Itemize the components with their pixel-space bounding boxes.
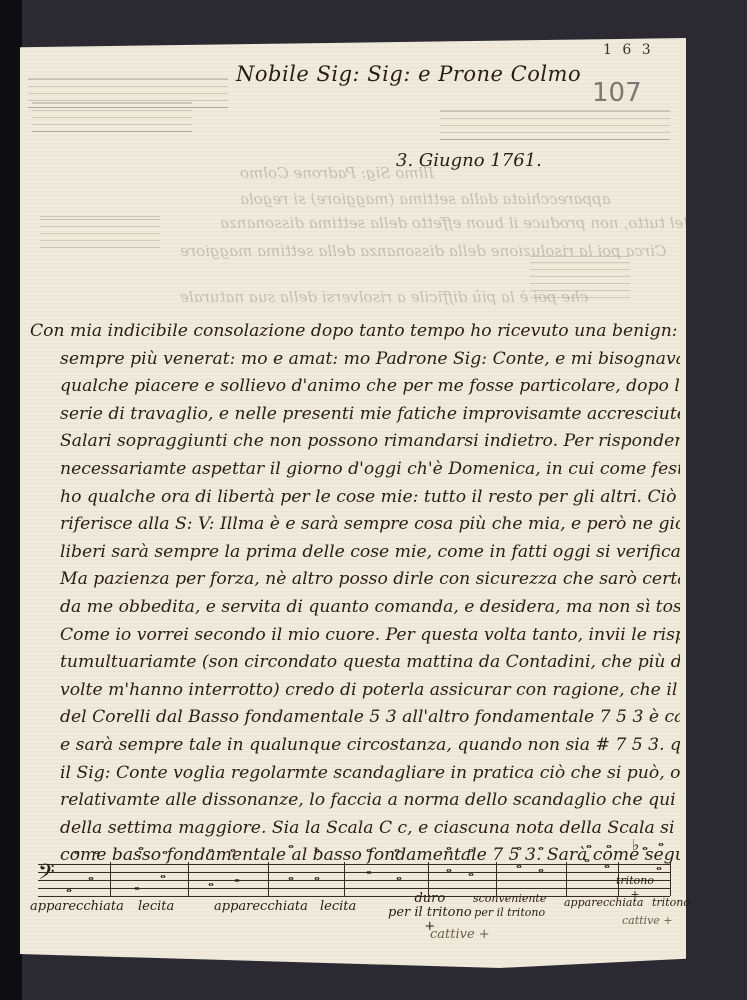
whole-note: 𝅝 <box>604 854 610 872</box>
barline <box>188 862 189 896</box>
body-line: riferisce alla S: V: Illma è e sarà semp… <box>30 511 680 539</box>
scan-border-left <box>0 0 22 1000</box>
barline <box>670 862 671 896</box>
ghost-staff-top-right <box>440 110 670 140</box>
whole-note: 𝅝 <box>208 838 214 856</box>
whole-note: 𝅝 <box>94 840 100 858</box>
whole-note: 𝅝 <box>396 866 402 884</box>
whole-note: 𝅝 <box>314 838 320 856</box>
ghost-text-5: che poi è la più difficile a risolversi … <box>180 288 588 306</box>
staff-line <box>38 872 670 873</box>
body-line: volte m'hanno interrotto) credo di poter… <box>30 677 680 705</box>
whole-note: 𝅝 <box>658 832 664 850</box>
whole-note: 𝅝 <box>656 856 662 874</box>
label-lecita: lecita <box>138 900 174 914</box>
whole-note: 𝅝 <box>366 860 372 878</box>
whole-note: 𝅝 <box>208 872 214 890</box>
label-cattive: cattive + <box>622 914 673 928</box>
whole-note: 𝅝 <box>314 866 320 884</box>
barline <box>344 862 345 896</box>
label-cattive: cattive + <box>430 928 490 942</box>
whole-note: 𝅝 <box>134 876 140 894</box>
label-apparecchiata: apparecchiata <box>30 900 124 914</box>
whole-note: 𝅝 <box>468 862 474 880</box>
body-line: ho qualche ora di libertà per le cose mi… <box>30 484 680 512</box>
body-line: Ma pazienza per forza, nè altro posso di… <box>30 566 680 594</box>
folio-number: 1 6 3 <box>603 42 654 58</box>
whole-note: 𝅝 <box>538 836 544 854</box>
body-line: sempre più venerat: mo e amat: mo Padron… <box>30 346 680 374</box>
whole-note: 𝅝 <box>288 866 294 884</box>
body-line: della settima maggiore. Sia la Scala C c… <box>30 815 680 843</box>
whole-note: 𝅝 <box>516 854 522 872</box>
ghost-text-2: apparecchiata dalla settima (maggiore) s… <box>240 190 611 208</box>
staff-line <box>38 880 670 881</box>
whole-note: 𝅝 <box>162 840 168 858</box>
body-line: il Sig: Conte voglia regolarmte scandagl… <box>30 760 680 788</box>
body-line: Salari sopraggiunti che non possono rima… <box>30 428 680 456</box>
flat-sign: ♭ <box>632 836 639 854</box>
label-tritono: tritono <box>652 896 690 910</box>
label-lecita: lecita <box>320 900 356 914</box>
whole-note: 𝅝 <box>606 834 612 852</box>
body-line: Come io vorrei secondo il mio cuore. Per… <box>30 622 680 650</box>
staff-line <box>38 864 670 865</box>
label-apparecchiata: apparecchiata <box>214 900 308 914</box>
barline <box>110 862 111 896</box>
whole-note: 𝅝 <box>468 838 474 856</box>
whole-note: 𝅝 <box>66 878 72 896</box>
body-line: tumultuariamte (son circondato questa ma… <box>30 649 680 677</box>
whole-note: 𝅝 <box>586 834 592 852</box>
whole-note: 𝅝 <box>160 864 166 882</box>
body-line: del Corelli dal Basso fondamentale 5 3 a… <box>30 704 680 732</box>
whole-note: 𝅝 <box>74 840 80 858</box>
whole-note: 𝅝 <box>366 838 372 856</box>
barline <box>566 862 567 896</box>
bass-clef-icon: 𝄢 <box>38 860 55 891</box>
body-line: e sarà sempre tale in qualunque circosta… <box>30 732 680 760</box>
whole-note: 𝅝 <box>288 834 294 852</box>
whole-note: 𝅝 <box>394 838 400 856</box>
whole-note: 𝅝 <box>446 836 452 854</box>
whole-note: 𝅝 <box>138 836 144 854</box>
body-line: da me obbedita, e servita di quanto coma… <box>30 594 680 622</box>
whole-note: 𝅝 <box>538 858 544 876</box>
whole-note: 𝅝 <box>88 866 94 884</box>
barline <box>496 862 497 896</box>
body-line: liberi sarà sempre la prima delle cose m… <box>30 539 680 567</box>
archive-pencil-number: 107 <box>592 78 642 108</box>
music-example-staff: 𝄢 𝅝 𝅝 𝅝 𝅝 𝅝 𝅝 𝅝 𝅝 𝅝 𝅝 𝅝 𝅝 𝅝 𝅝 𝅝 𝅝 𝅝 𝅝 𝅝 … <box>38 842 670 902</box>
body-line: serie di travaglio, e nelle presenti mie… <box>30 401 680 429</box>
ghost-staff-mid-left <box>32 102 192 132</box>
ghost-text-4: Circa poi la risoluzione della dissonanz… <box>180 242 666 260</box>
salutation: Nobile Sig: Sig: e Prone Colmo <box>236 62 581 86</box>
barline <box>268 862 269 896</box>
label-sconveniente-tritono: sconveniente per il tritono <box>473 892 546 920</box>
staff-line <box>38 888 670 889</box>
whole-note: 𝅝 <box>234 868 240 886</box>
ghost-staff-left-lower <box>40 216 160 248</box>
ghost-text-3: il principio del tutto, non produce il b… <box>220 214 747 232</box>
whole-note: 𝅝 <box>516 836 522 854</box>
body-line: Con mia indicibile consolazione dopo tan… <box>30 318 680 346</box>
body-line: relativamte alle dissonanze, lo faccia a… <box>30 787 680 815</box>
music-example-labels: apparecchiata lecita apparecchiata lecit… <box>30 900 670 950</box>
letter-body: Con mia indicibile consolazione dopo tan… <box>30 318 680 870</box>
letter-date: 3. Giugno 1761. <box>396 150 542 171</box>
body-line: necessariamte aspettar il giorno d'oggi … <box>30 456 680 484</box>
whole-note: 𝅝 <box>446 858 452 876</box>
whole-note: 𝅝 <box>230 838 236 856</box>
whole-note: 𝅝 <box>642 836 648 854</box>
body-line: qualche piacere e sollievo d'animo che p… <box>30 373 680 401</box>
label-tritono: tritono + <box>616 874 654 902</box>
